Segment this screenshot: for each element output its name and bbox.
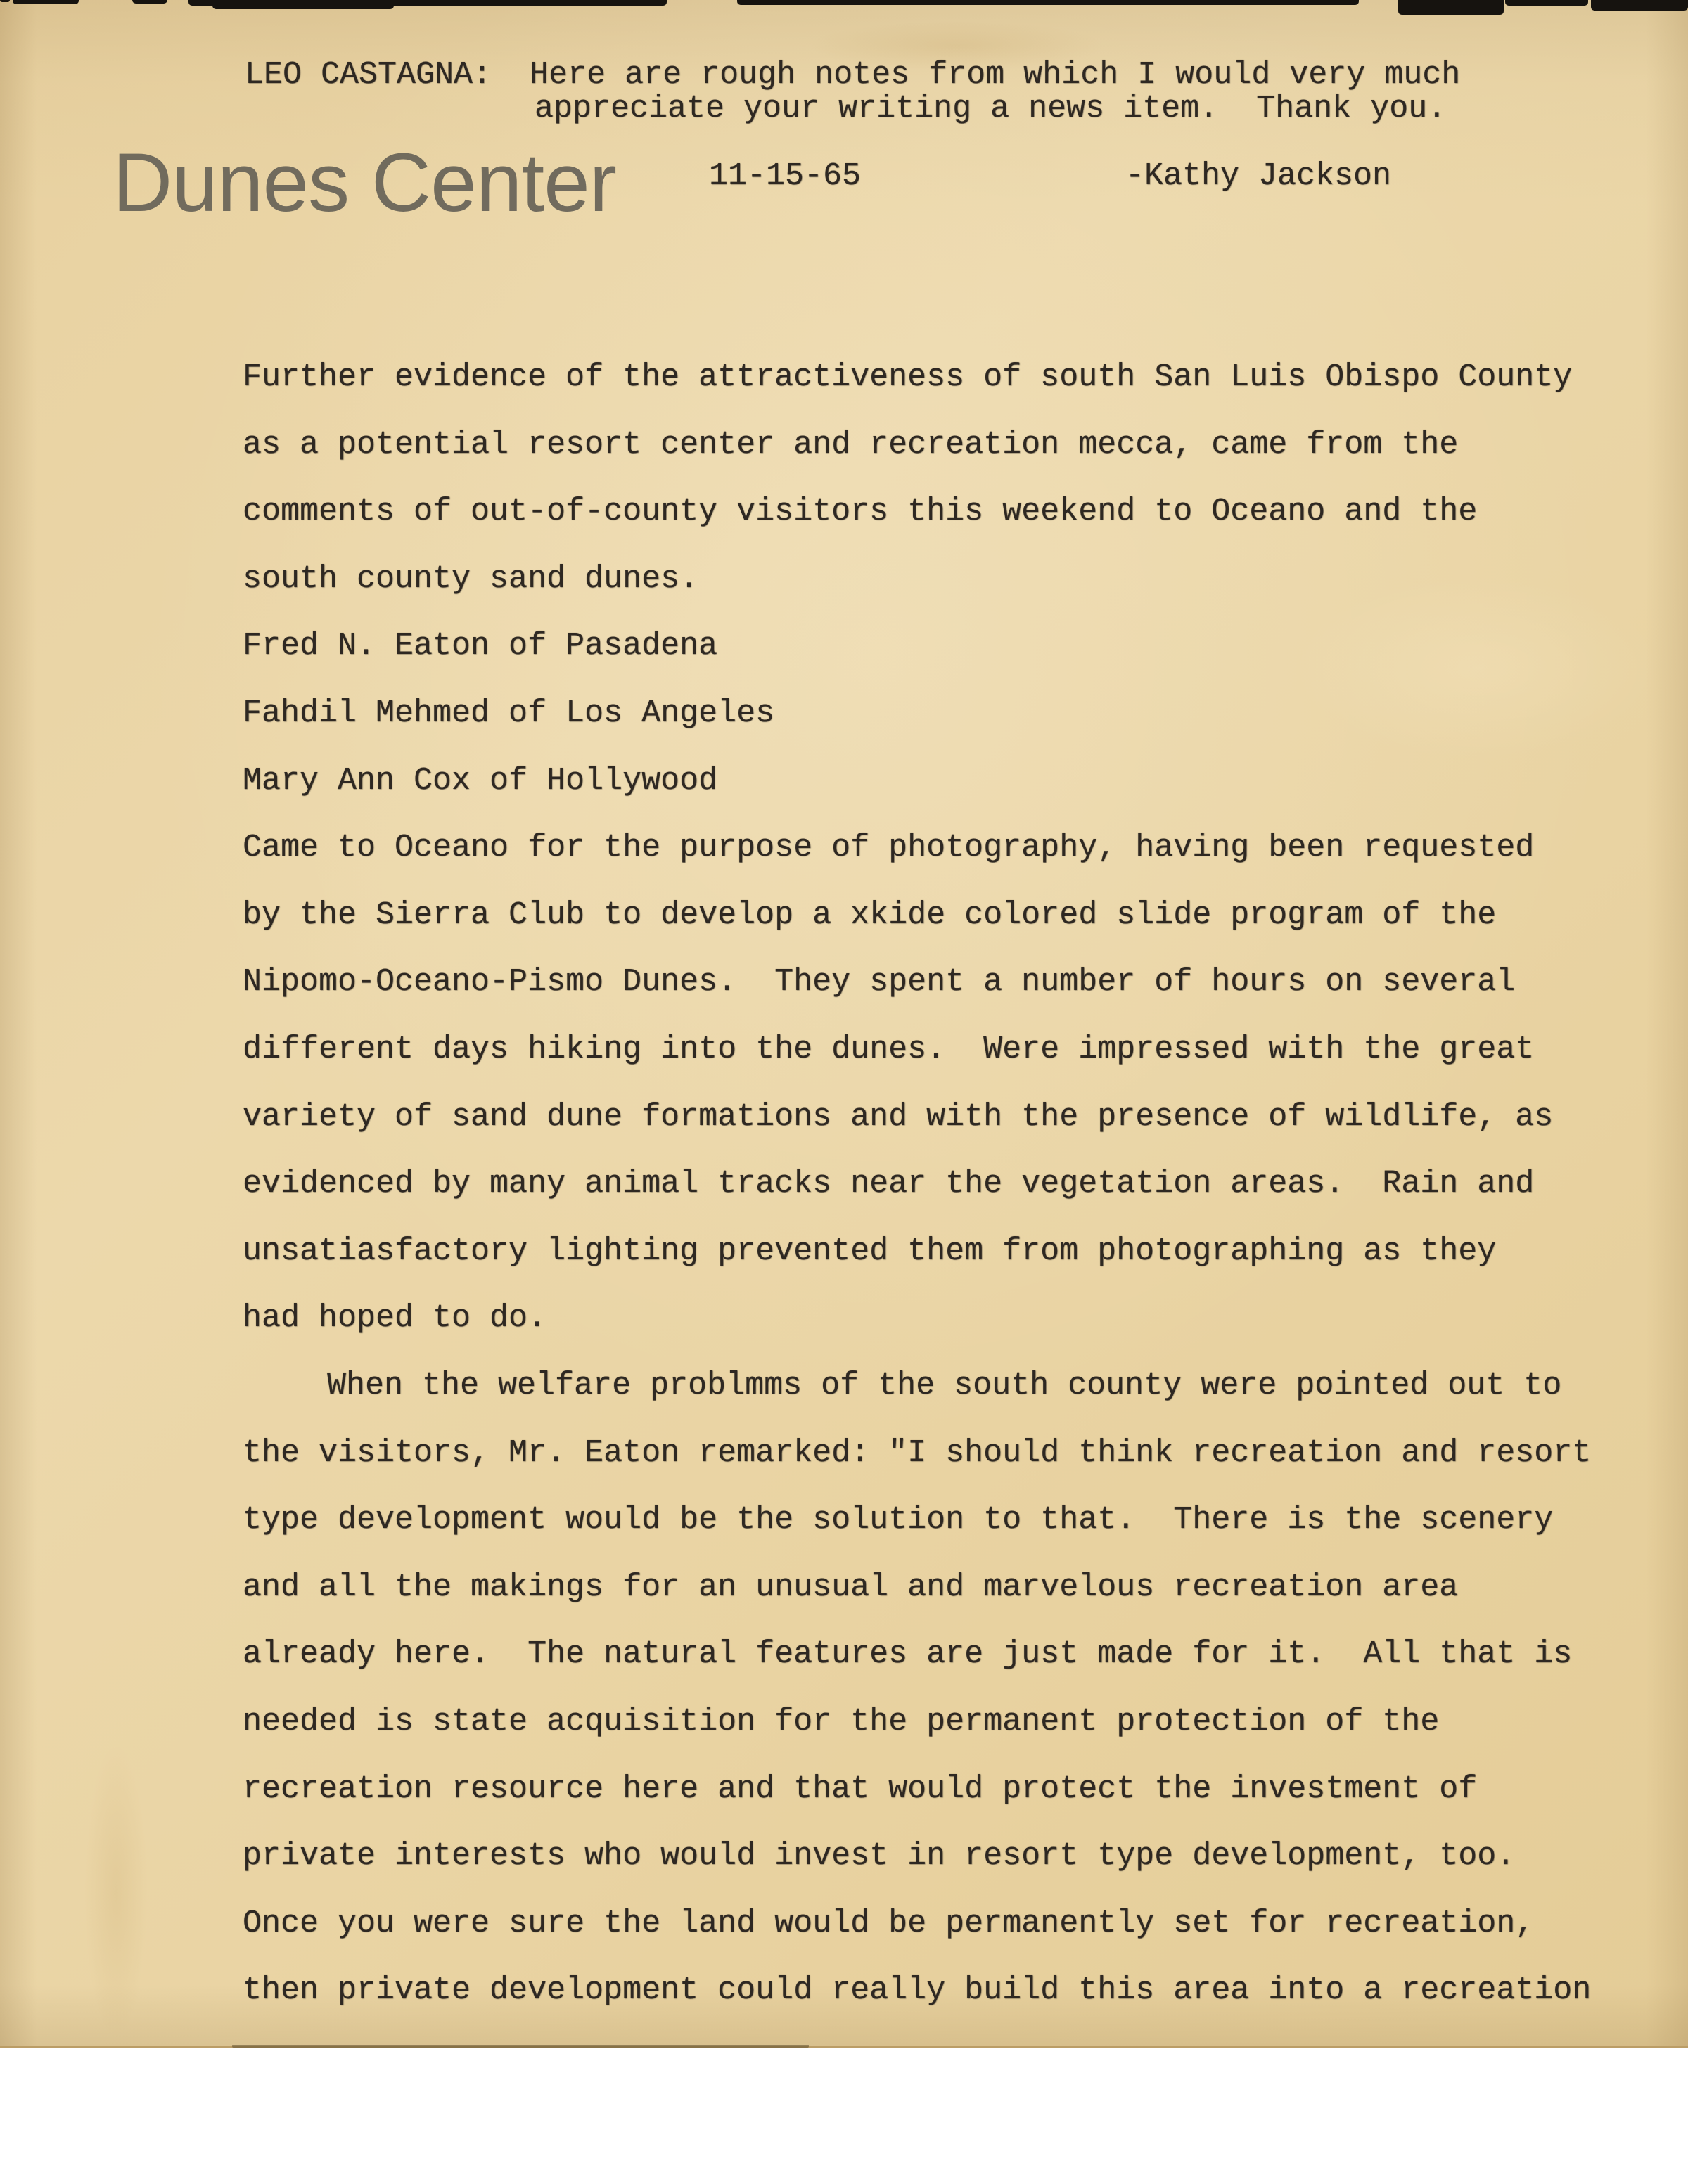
torn-top-edge — [0, 0, 1688, 20]
dunes-center-watermark: Dunes Center — [113, 135, 616, 231]
typed-line: Further evidence of the attractiveness o… — [243, 360, 1572, 395]
typed-line: Fahdil Mehmed of Los Angeles — [243, 696, 774, 731]
typed-line: Came to Oceano for the purpose of photog… — [243, 830, 1534, 866]
typed-line: Mary Ann Cox of Hollywood — [243, 764, 717, 799]
typed-line: type development would be the solution t… — [243, 1503, 1553, 1538]
torn-edge-fragment — [132, 0, 167, 4]
torn-edge-fragment — [1398, 0, 1504, 15]
typed-line: variety of sand dune formations and with… — [243, 1100, 1553, 1135]
paper-stain — [84, 1744, 148, 2039]
typed-line: needed is state acquisition for the perm… — [243, 1704, 1439, 1740]
typed-line: evidenced by many animal tracks near the… — [243, 1167, 1534, 1202]
typed-line: private interests who would invest in re… — [243, 1839, 1515, 1874]
bottom-edge-smudge — [232, 2045, 809, 2048]
torn-edge-fragment — [1591, 0, 1688, 11]
typed-line: south county sand dunes. — [243, 562, 698, 597]
typed-line: by the Sierra Club to develop a xkide co… — [243, 898, 1496, 933]
typed-line: as a potential resort center and recreat… — [243, 428, 1458, 463]
typed-line: recreation resource here and that would … — [243, 1772, 1477, 1807]
typed-line: already here. The natural features are j… — [243, 1637, 1572, 1672]
typed-line: Once you were sure the land would be per… — [243, 1906, 1534, 1941]
torn-edge-fragment — [737, 0, 1359, 5]
torn-edge-fragment — [13, 0, 79, 4]
typed-line: comments of out-of-county visitors this … — [243, 494, 1477, 529]
typed-line: had hoped to do. — [243, 1301, 546, 1336]
header-recipient: LEO CASTAGNA: — [245, 57, 492, 93]
typed-line: and all the makings for an unusual and m… — [243, 1570, 1458, 1605]
typed-line: Nipomo-Oceano-Pismo Dunes. They spent a … — [243, 965, 1515, 1000]
scan-background: { "logo": { "text": "Dunes Center", "col… — [0, 0, 1688, 2184]
header-line-1: LEO CASTAGNA:Here are rough notes from w… — [245, 58, 1460, 93]
typed-line: Fred N. Eaton of Pasadena — [243, 629, 717, 664]
typed-line: When the welfare problmms of the south c… — [327, 1368, 1561, 1403]
paper-sheet: Dunes Center LEO CASTAGNA:Here are rough… — [0, 0, 1688, 2048]
header-note-line2: appreciate your writing a news item. Tha… — [535, 91, 1446, 127]
typed-line: then private development could really bu… — [243, 1973, 1591, 2008]
typed-line: different days hiking into the dunes. We… — [243, 1032, 1534, 1067]
typed-date: 11-15-65 — [709, 159, 861, 194]
torn-edge-fragment — [212, 0, 394, 9]
torn-edge-fragment — [1505, 0, 1588, 6]
header-note-line1: Here are rough notes from which I would … — [530, 57, 1460, 93]
typed-line: the visitors, Mr. Eaton remarked: "I sho… — [243, 1436, 1591, 1471]
torn-edge-fragment — [0, 0, 10, 2]
typed-signature: -Kathy Jackson — [1125, 159, 1391, 194]
paper-stain — [1294, 577, 1660, 759]
typed-line: unsatiasfactory lighting prevented them … — [243, 1234, 1496, 1269]
